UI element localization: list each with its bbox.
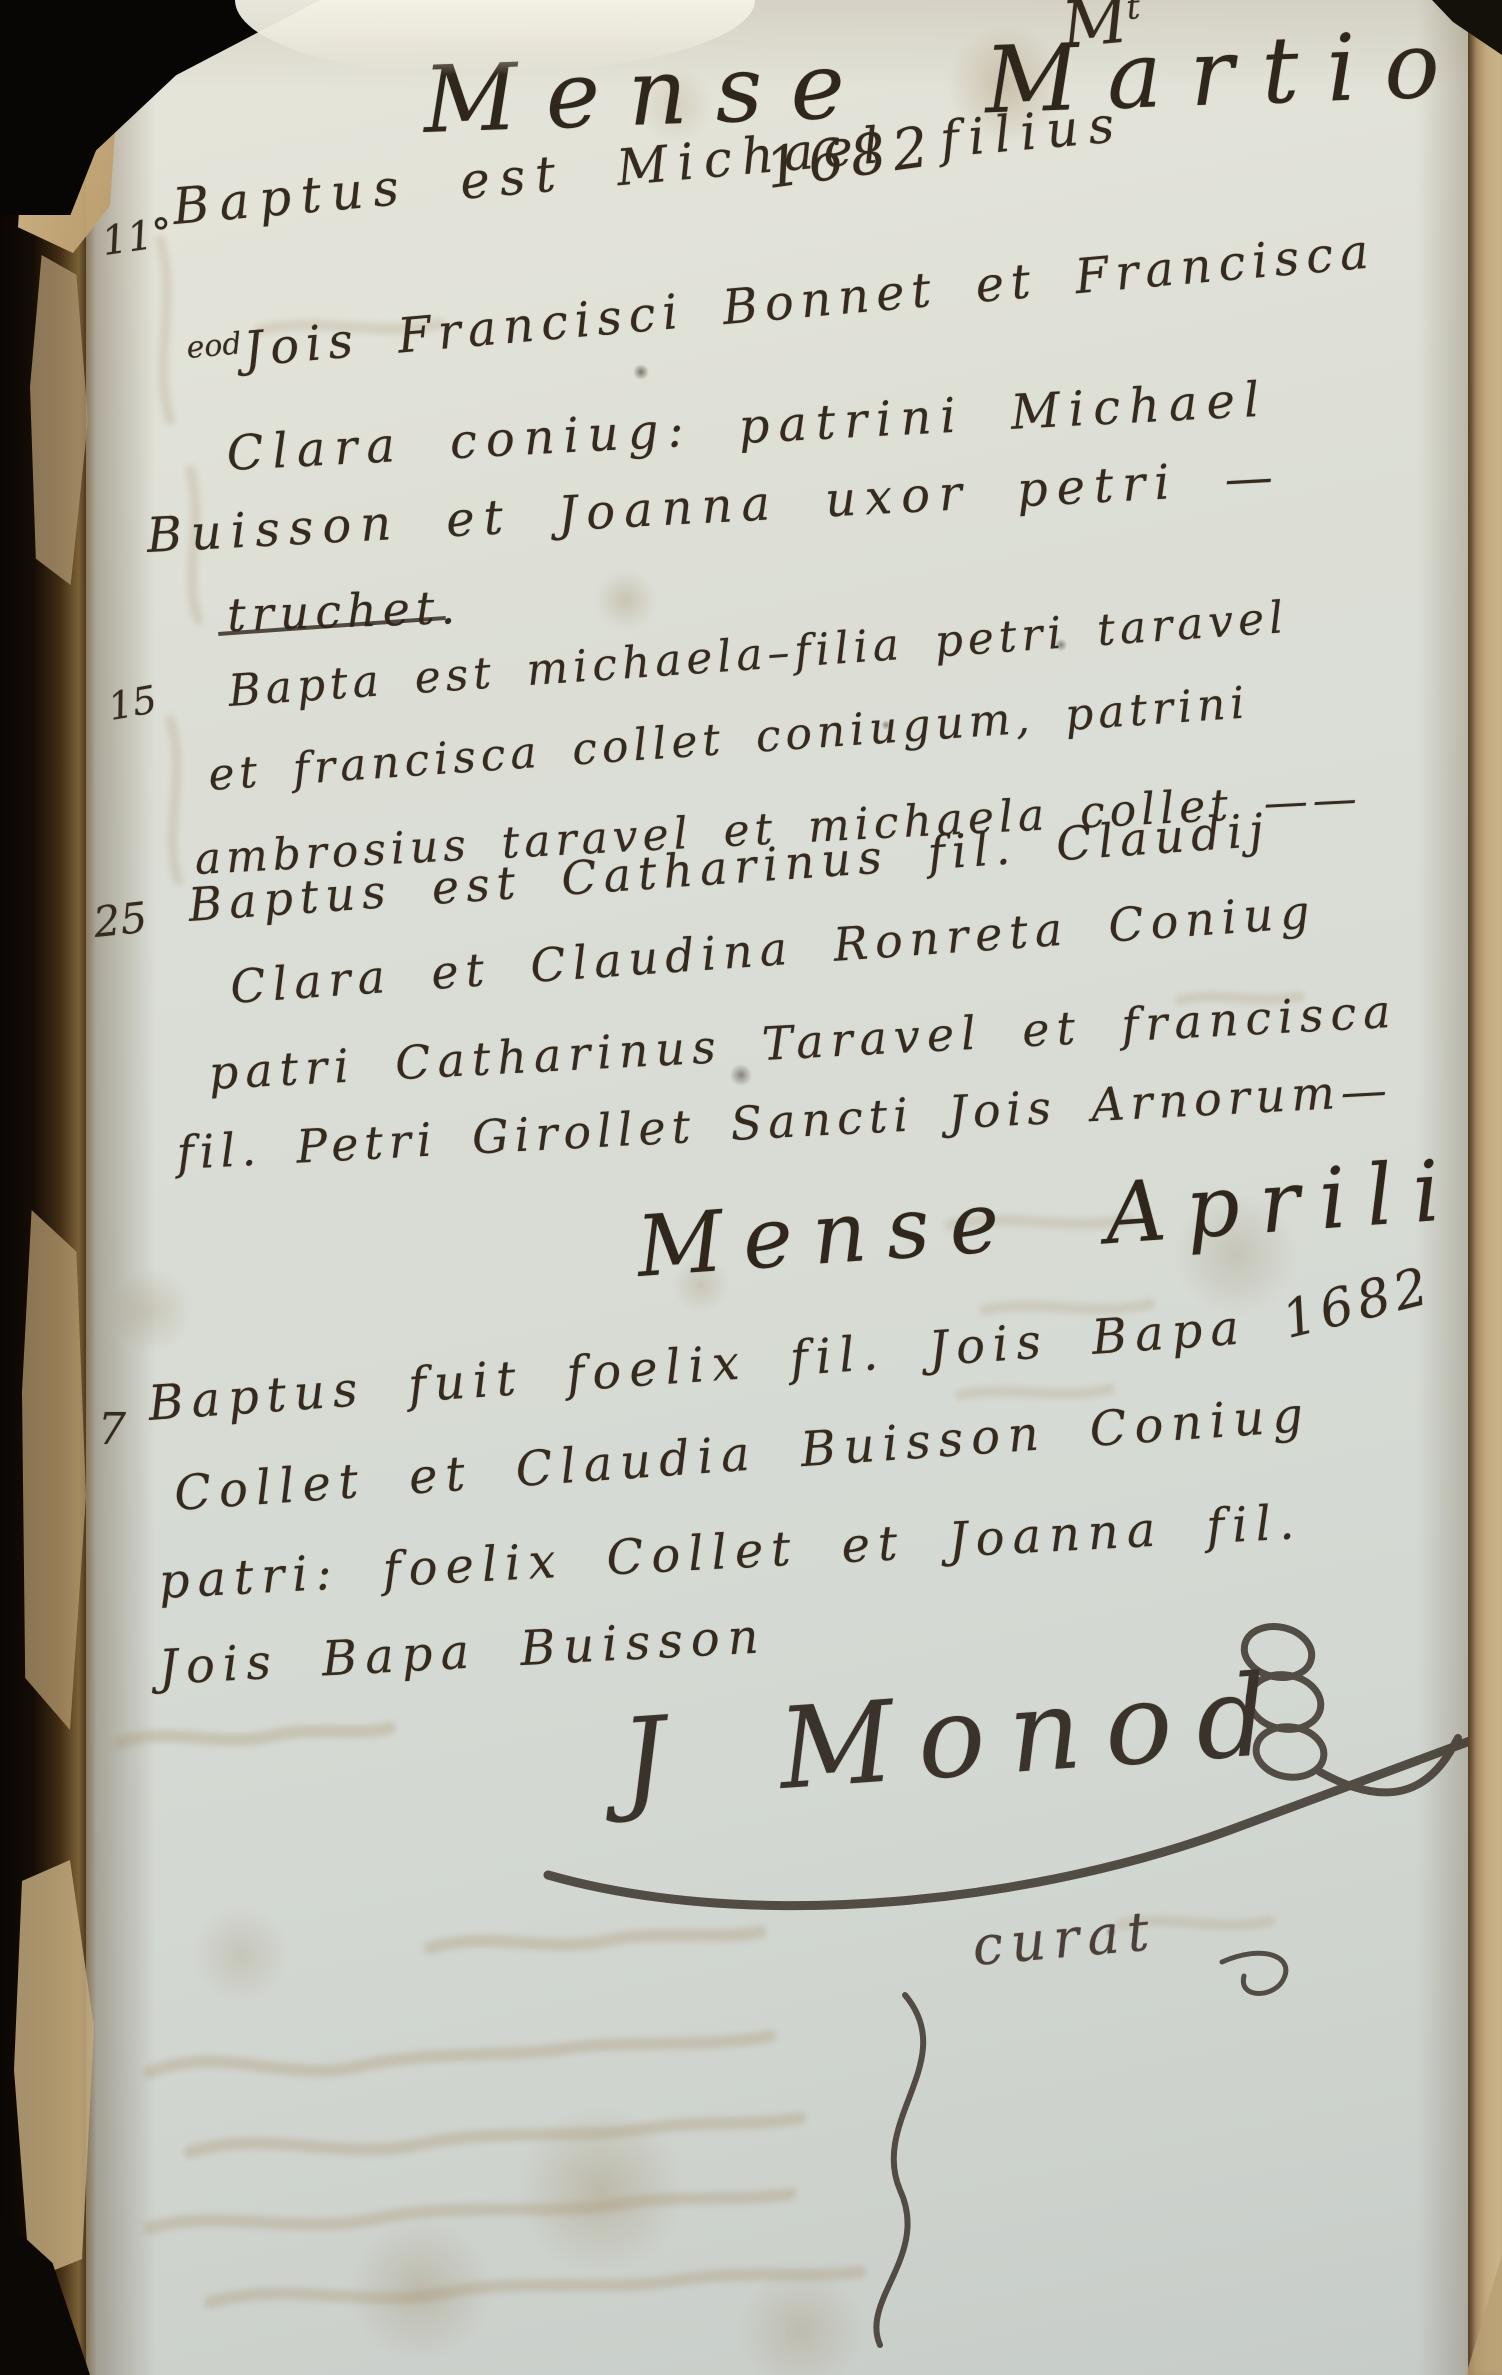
page-edge-right (1468, 0, 1502, 2375)
manuscript-photo: Mt Mense Martio 1682 11° Baptus est Mich… (0, 0, 1502, 2375)
top-margin-note: Mt (1059, 0, 1143, 58)
top-note-superscript: t (1125, 0, 1142, 28)
top-note-letter: M (1059, 0, 1131, 63)
register-page-paper (86, 0, 1472, 2375)
